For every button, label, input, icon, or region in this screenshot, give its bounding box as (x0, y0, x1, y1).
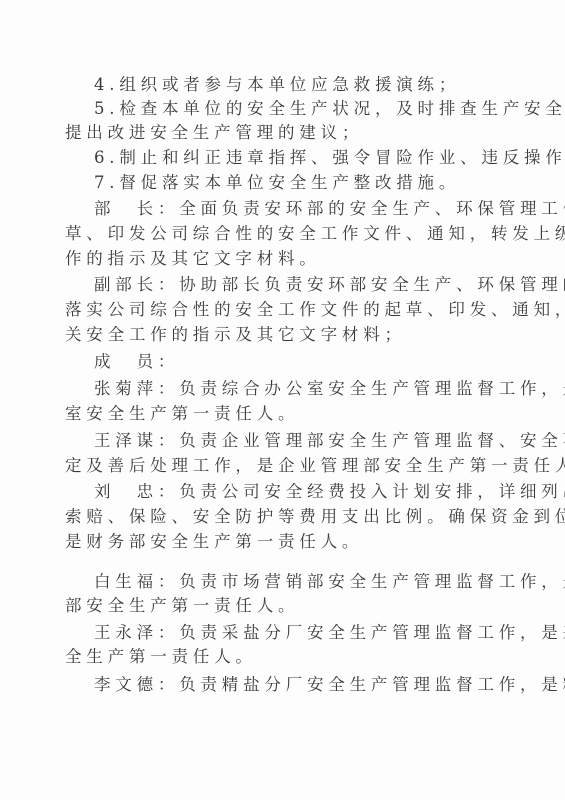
paragraph-minister-line-1: 部 长：全面负责安环部的安全生产、环保管理工作。督促起 (94, 198, 534, 220)
document-page: 4.组织或者参与本单位应急救援演练； 5.检查本单位的安全生产状况，及时排查生产… (0, 0, 565, 800)
paragraph-deputy-minister-line-1: 副部长：协助部长负责安环部安全生产、环保管理的监督工作， (94, 274, 534, 296)
paragraph-member-liu-zhong-line-3: 是财务部安全生产第一责任人。 (65, 531, 505, 553)
paragraph-member-bai-shengfu-line-1: 白生福：负责市场营销部安全生产管理监督工作，是市场营销 (94, 571, 534, 593)
paragraph-item-7-line-1: 7.督促落实本单位安全生产整改措施。 (94, 172, 534, 194)
paragraph-minister-line-2: 草、印发公司综合性的安全工作文件、通知，转发上级有关安全工 (65, 223, 505, 245)
paragraph-deputy-minister-line-3: 关安全工作的指示及其它文字材料； (65, 324, 505, 346)
paragraph-member-li-wende-line-1: 李文德：负责精盐分厂安全生产管理监督工作，是精盐分厂安 (94, 674, 534, 696)
paragraph-item-6-line-1: 6.制止和纠正违章指挥、强令冒险作业、违反操作规程的行为； (94, 147, 534, 169)
paragraph-deputy-minister-line-2: 落实公司综合性的安全工作文件的起草、印发、通知，转发上级有 (65, 299, 505, 321)
paragraph-minister-line-3: 作的指示及其它文字材料。 (65, 248, 505, 270)
members-heading: 成 员： (94, 351, 534, 373)
paragraph-member-liu-zhong-line-2: 索赔、保险、安全防护等费用支出比例。确保资金到位，专款专用， (65, 506, 505, 528)
paragraph-item-5-line-2: 提出改进安全生产管理的建议； (65, 122, 505, 144)
paragraph-member-bai-shengfu-line-2: 部安全生产第一责任人。 (65, 595, 505, 617)
paragraph-member-wang-zemou-line-1: 王泽谋：负责企业管理部安全生产管理监督、安全事故工伤认 (94, 430, 534, 452)
paragraph-member-wang-zemou-line-2: 定及善后处理工作，是企业管理部安全生产第一责任人。 (65, 455, 505, 477)
paragraph-item-4-line-1: 4.组织或者参与本单位应急救援演练； (94, 74, 534, 96)
paragraph-member-zhang-juping-line-2: 室安全生产第一责任人。 (65, 403, 505, 425)
paragraph-item-5-line-1: 5.检查本单位的安全生产状况，及时排查生产安全事故隐患， (94, 98, 534, 120)
paragraph-member-zhang-juping-line-1: 张菊萍：负责综合办公室安全生产管理监督工作，是综合办公 (94, 378, 534, 400)
paragraph-member-wang-yongze-line-1: 王永泽：负责采盐分厂安全生产管理监督工作，是采盐分厂安 (94, 622, 534, 644)
paragraph-member-wang-yongze-line-2: 全生产第一责任人。 (65, 646, 505, 668)
paragraph-member-liu-zhong-line-1: 刘 忠：负责公司安全经费投入计划安排，详细列出安全事故 (94, 481, 534, 503)
